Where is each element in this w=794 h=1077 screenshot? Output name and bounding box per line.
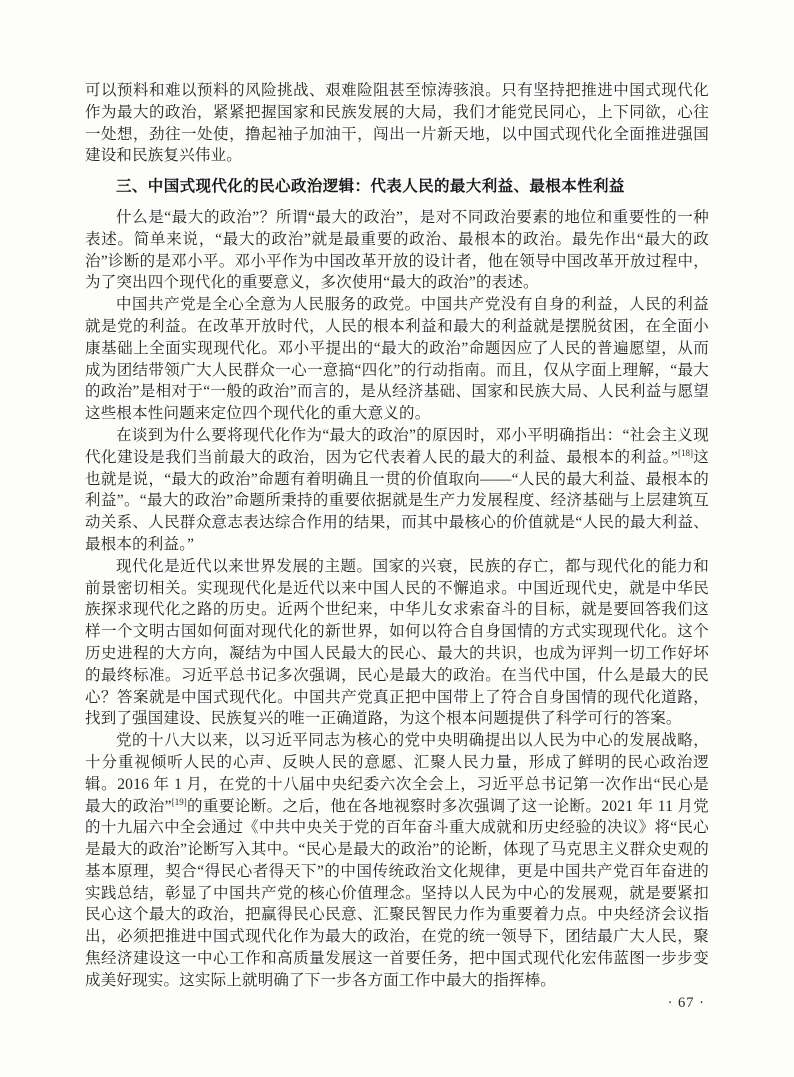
paragraph: 可以预料和难以预料的风险挑战、艰难险阻甚至惊涛骇浪。只有坚持把推进中国式现代化作… (85, 80, 709, 167)
footnote-reference: [18] (678, 448, 693, 458)
paragraph-text: 什么是“最大的政治”？所谓“最大的政治”，是对不同政治要素的地位和重要性的一种表… (85, 209, 709, 291)
paragraph: 党的十八大以来，以习近平同志为核心的党中央明确提出以人民为中心的发展战略，十分重… (85, 730, 709, 992)
article-body: 可以预料和难以预料的风险挑战、艰难险阻甚至惊涛骇浪。只有坚持把推进中国式现代化作… (85, 80, 709, 992)
paragraph: 现代化是近代以来世界发展的主题。国家的兴衰，民族的存亡，都与现代化的能力和前景密… (85, 556, 709, 730)
paragraph-text: 中国共产党是全心全意为人民服务的政党。中国共产党没有自身的利益，人民的利益就是党… (85, 296, 709, 422)
paragraph: 在谈到为什么要将现代化作为“最大的政治”的原因时，邓小平明确指出：“社会主义现代… (85, 425, 709, 556)
paragraph-text: 可以预料和难以预料的风险挑战、艰难险阻甚至惊涛骇浪。只有坚持把推进中国式现代化作… (85, 82, 709, 164)
paragraph-text: 在谈到为什么要将现代化作为“最大的政治”的原因时，邓小平明确指出：“社会主义现代… (85, 427, 709, 466)
section-heading: 三、中国式现代化的民心政治逻辑：代表人民的最大利益、最根本性利益 (85, 176, 709, 198)
paragraph: 中国共产党是全心全意为人民服务的政党。中国共产党没有自身的利益，人民的利益就是党… (85, 294, 709, 425)
paragraph-text: 的重要论断。之后，他在各地视察时多次强调了这一论断。2021 年 11 月党的十… (85, 798, 709, 989)
paragraph-text: 三、中国式现代化的民心政治逻辑：代表人民的最大利益、最根本性利益 (116, 178, 625, 195)
footnote-reference: [19] (172, 796, 187, 806)
paragraph: 什么是“最大的政治”？所谓“最大的政治”，是对不同政治要素的地位和重要性的一种表… (85, 207, 709, 294)
page-number: · 67 · (85, 995, 709, 1012)
paragraph-text: 现代化是近代以来世界发展的主题。国家的兴衰，民族的存亡，都与现代化的能力和前景密… (85, 558, 709, 728)
paper-page: 可以预料和难以预料的风险挑战、艰难险阻甚至惊涛骇浪。只有坚持把推进中国式现代化作… (0, 0, 794, 1077)
